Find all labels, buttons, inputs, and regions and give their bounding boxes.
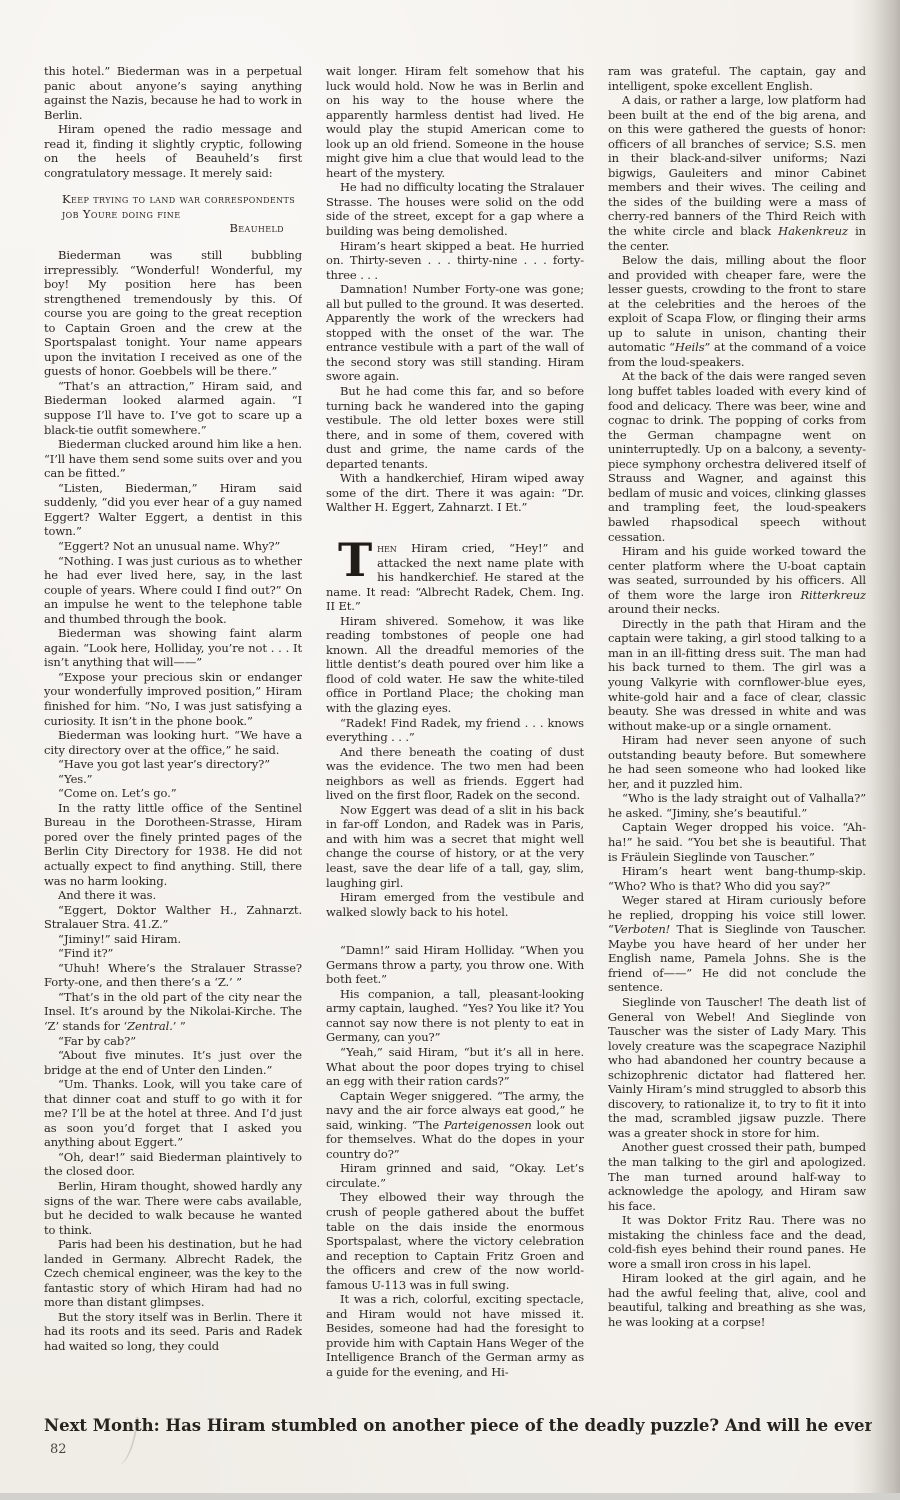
paragraph: “That’s an attraction,” Hiram said, and …: [44, 379, 302, 437]
paragraph: Hiram opened the radio message and read …: [44, 122, 302, 180]
paragraph: ram was grateful. The captain, gay and i…: [608, 64, 866, 93]
paragraph: Hiram shivered. Somehow, it was like rea…: [326, 614, 584, 716]
paragraph: “Have you got last year’s directory?”: [44, 757, 302, 772]
paragraph: Captain Weger dropped his voice. “Ah-ha!…: [608, 820, 866, 864]
paragraph: Hiram grinned and said, “Okay. Let’s cir…: [326, 1161, 584, 1190]
paragraph: And there it was.: [44, 888, 302, 903]
scan-edge-band: [0, 1493, 900, 1500]
paragraph: Hiram looked at the girl again, and he h…: [608, 1271, 866, 1329]
paragraph: “Uhuh! Where’s the Stralauer Strasse? Fo…: [44, 961, 302, 990]
paragraph: “Radek! Find Radek, my friend . . . know…: [326, 716, 584, 745]
paragraph: Another guest crossed their path, bumped…: [608, 1140, 866, 1213]
paragraph: They elbowed their way through the crush…: [326, 1190, 584, 1292]
paragraph: “Far by cab?”: [44, 1034, 302, 1049]
text-column-2: wait longer. Hiram felt somehow that his…: [326, 64, 584, 1402]
paragraph: Hiram and his guide worked toward the ce…: [608, 544, 866, 617]
paragraph: At the back of the dais were ranged seve…: [608, 369, 866, 544]
paragraph: “Nothing. I was just curious as to wheth…: [44, 554, 302, 627]
telegram-block: Keep trying to land war correspondents j…: [62, 192, 298, 236]
drop-cap: T: [338, 544, 372, 577]
next-month-teaser: Next Month: Has Hiram stumbled on anothe…: [44, 1416, 872, 1436]
paragraph: this hotel.” Biederman was in a perpetua…: [44, 64, 302, 122]
paragraph: “Damn!” said Hiram Holliday. “When you G…: [326, 943, 584, 987]
text-columns: this hotel.” Biederman was in a perpetua…: [44, 64, 866, 1402]
paragraph: “Oh, dear!” said Biederman plaintively t…: [44, 1150, 302, 1179]
small-caps-lead: hen: [377, 541, 397, 555]
telegram-signature: Beauheld: [62, 221, 298, 236]
paragraph: Hiram had never seen anyone of such outs…: [608, 733, 866, 791]
text-column-3: ram was grateful. The captain, gay and i…: [608, 64, 866, 1402]
paragraph: Biederman was showing faint alarm again.…: [44, 626, 302, 670]
paragraph: It was a rich, colorful, exciting specta…: [326, 1292, 584, 1379]
paragraph: “Yes.”: [44, 772, 302, 787]
paragraph: Now Eggert was dead of a slit in his bac…: [326, 803, 584, 890]
paragraph: But he had come this far, and so before …: [326, 384, 584, 471]
paragraph: “About five minutes. It’s just over the …: [44, 1048, 302, 1077]
paragraph: Weger stared at Hiram curiously before h…: [608, 893, 866, 995]
paragraph: “Find it?”: [44, 946, 302, 961]
page-number: 82: [50, 1442, 67, 1457]
paragraph: Hiram’s heart skipped a beat. He hurried…: [326, 239, 584, 283]
paragraph: His companion, a tall, pleasant-looking …: [326, 987, 584, 1045]
paragraph: “Listen, Biederman,” Hiram said suddenly…: [44, 481, 302, 539]
paragraph: “Expose your precious skin or endanger y…: [44, 670, 302, 728]
paragraph: “Yeah,” said Hiram, “but it’s all in her…: [326, 1045, 584, 1089]
paragraph: Berlin, Hiram thought, showed hardly any…: [44, 1179, 302, 1237]
paragraph: Damnation! Number Forty-one was gone; al…: [326, 282, 584, 384]
paragraph: Paris had been his destination, but he h…: [44, 1237, 302, 1310]
paragraph: A dais, or rather a large, low platform …: [608, 93, 866, 253]
paragraph: “That’s in the old part of the city near…: [44, 990, 302, 1034]
text-column-1: this hotel.” Biederman was in a perpetua…: [44, 64, 302, 1402]
paragraph: Biederman was still bubbling irrepressib…: [44, 248, 302, 379]
paragraph: In the ratty little office of the Sentin…: [44, 801, 302, 888]
paragraph: With a handkerchief, Hiram wiped away so…: [326, 471, 584, 515]
paragraph: Captain Weger sniggered. “The army, the …: [326, 1089, 584, 1162]
paragraph: But the story itself was in Berlin. Ther…: [44, 1310, 302, 1354]
paragraph: Biederman clucked around him like a hen.…: [44, 437, 302, 481]
paragraph: “Jiminy!” said Hiram.: [44, 932, 302, 947]
paragraph: He had no difficulty locating the Strala…: [326, 180, 584, 238]
paragraph: Hiram’s heart went bang-thump-skip. “Who…: [608, 864, 866, 893]
paragraph: Hiram emerged from the vestibule and wal…: [326, 890, 584, 919]
paragraph: And there beneath the coating of dust wa…: [326, 745, 584, 803]
drop-cap-paragraph: Then Hiram cried, “Hey!” and attacked th…: [326, 541, 584, 614]
paragraph: “Eggert, Doktor Walther H., Zahnarzt. St…: [44, 903, 302, 932]
telegram-text: Keep trying to land war correspondents j…: [62, 192, 295, 221]
paragraph: “Who is the lady straight out of Valhall…: [608, 791, 866, 820]
paragraph: Sieglinde von Tauscher! The death list o…: [608, 995, 866, 1140]
paragraph: Below the dais, milling about the floor …: [608, 253, 866, 369]
paragraph: “Um. Thanks. Look, will you take care of…: [44, 1077, 302, 1150]
paragraph: “Eggert? Not an unusual name. Why?”: [44, 539, 302, 554]
paragraph: Biederman was looking hurt. “We have a c…: [44, 728, 302, 757]
paragraph: “Come on. Let’s go.”: [44, 786, 302, 801]
paragraph: It was Doktor Fritz Rau. There was no mi…: [608, 1213, 866, 1271]
magazine-page: this hotel.” Biederman was in a perpetua…: [0, 0, 900, 1500]
paragraph: wait longer. Hiram felt somehow that his…: [326, 64, 584, 180]
paragraph: Directly in the path that Hiram and the …: [608, 617, 866, 733]
